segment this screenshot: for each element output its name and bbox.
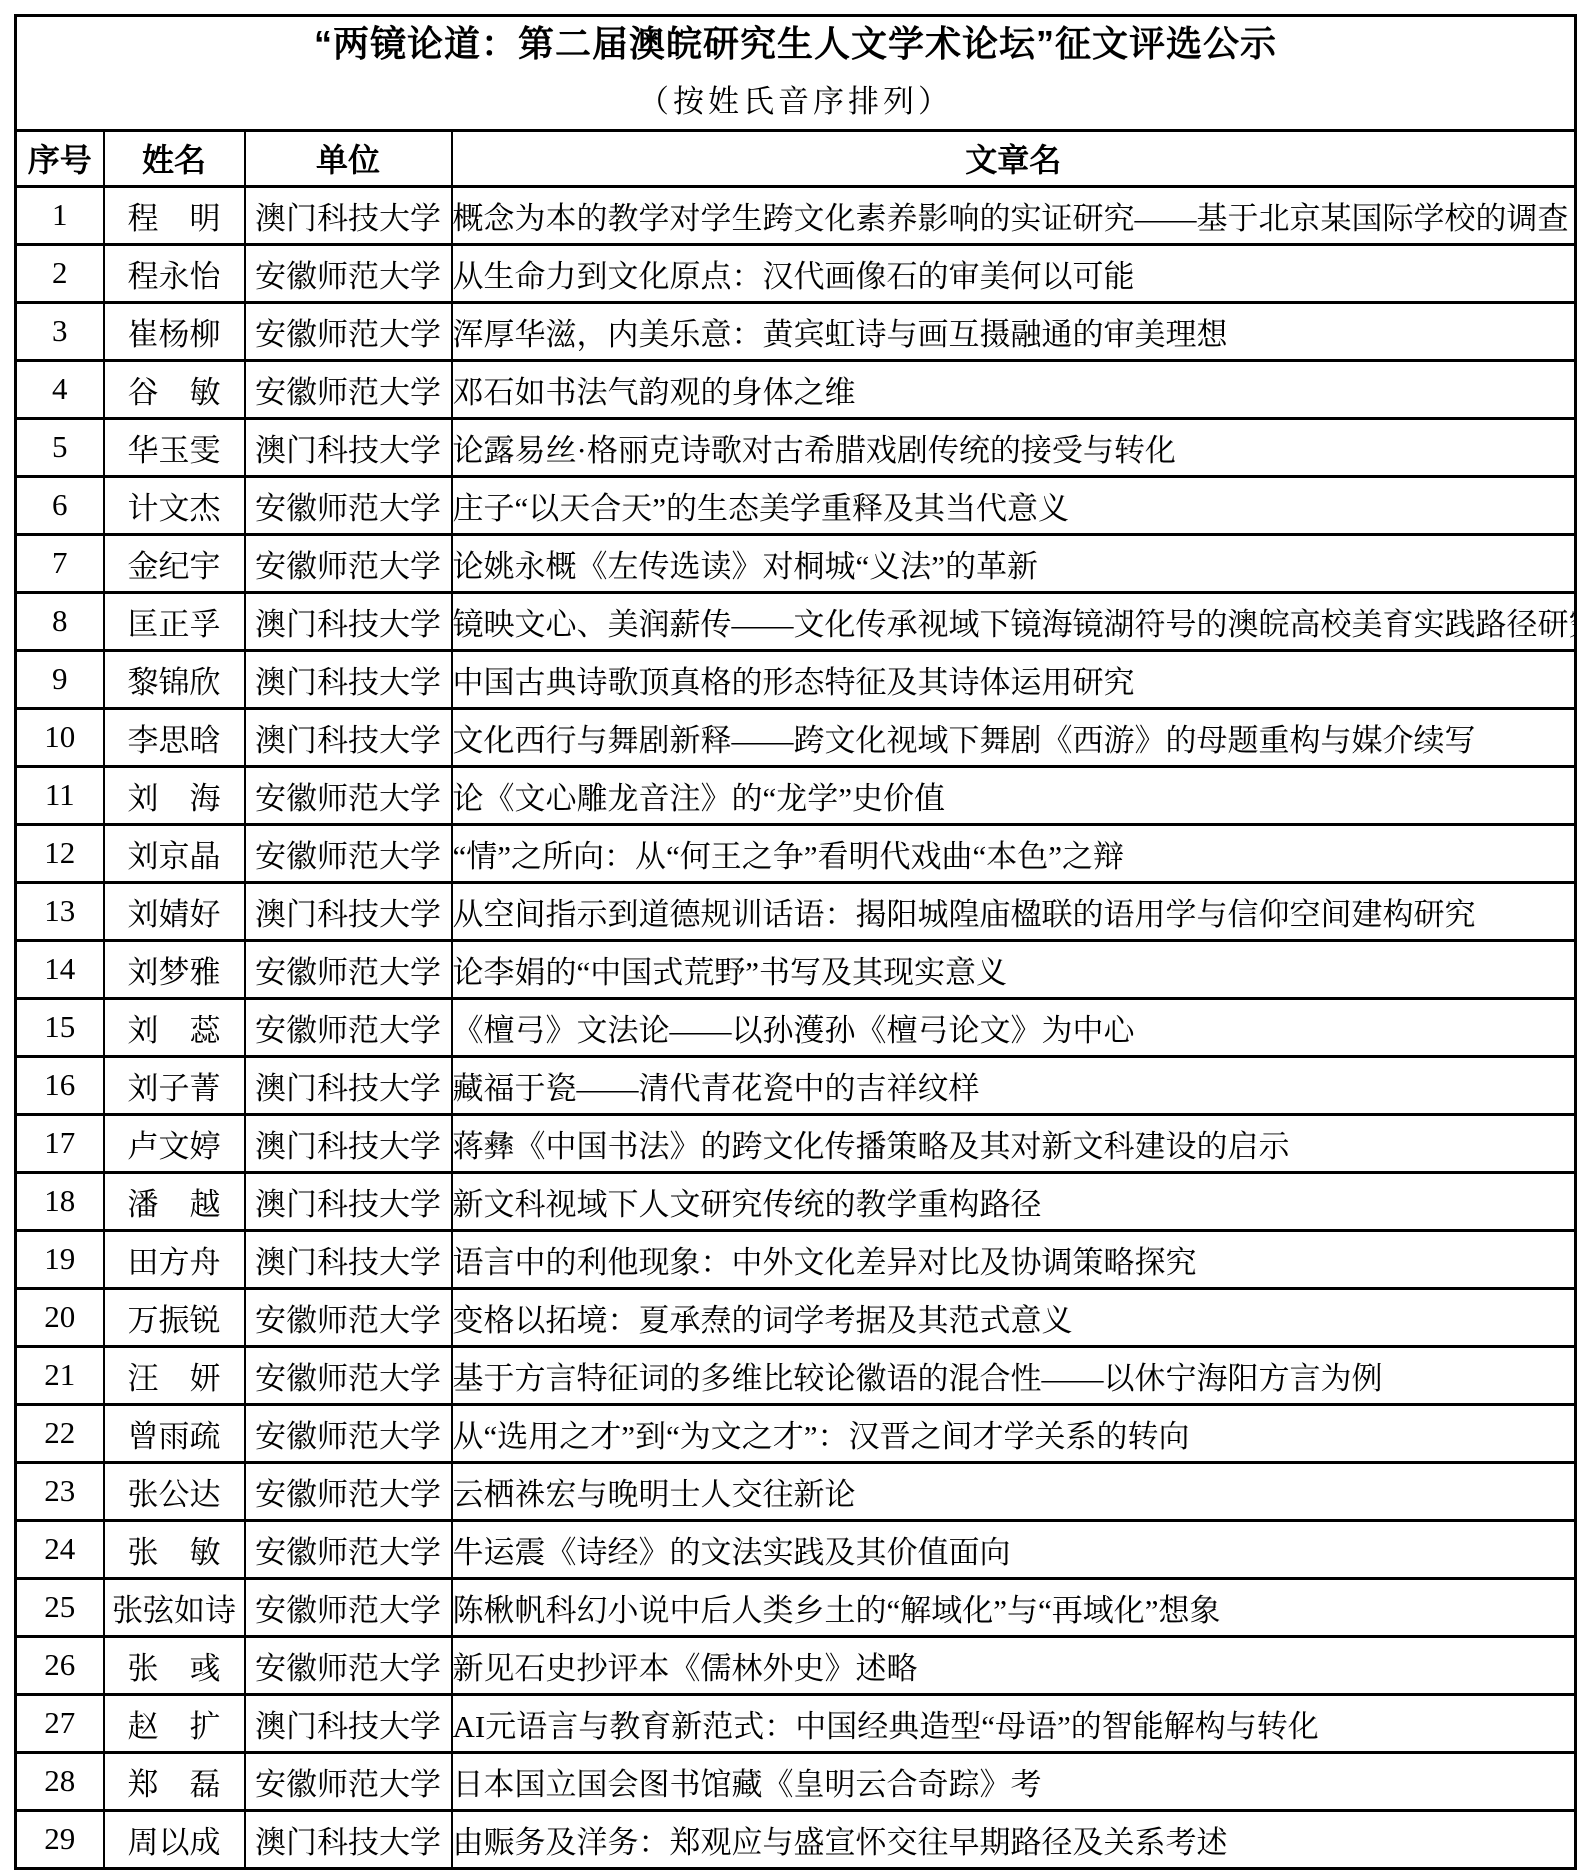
row-no: 6 [16, 476, 104, 534]
row-unit: 澳门科技大学 [245, 186, 452, 244]
row-unit: 澳门科技大学 [245, 418, 452, 476]
row-article: 《檀弓》文法论——以孙濩孙《檀弓论文》为中心 [452, 998, 1576, 1056]
row-unit: 澳门科技大学 [245, 1810, 452, 1868]
column-header-article: 文章名 [452, 130, 1576, 186]
row-article: 新文科视域下人文研究传统的教学重构路径 [452, 1172, 1576, 1230]
row-no: 16 [16, 1056, 104, 1114]
row-unit: 澳门科技大学 [245, 1230, 452, 1288]
table-row: 16 刘子菁 澳门科技大学 藏福于瓷——清代青花瓷中的吉祥纹样 [16, 1056, 1576, 1114]
row-unit: 安徽师范大学 [245, 824, 452, 882]
row-article: 文化西行与舞剧新释——跨文化视域下舞剧《西游》的母题重构与媒介续写 [452, 708, 1576, 766]
row-unit: 安徽师范大学 [245, 1462, 452, 1520]
row-name: 刘婧好 [104, 882, 245, 940]
row-article: 新见石史抄评本《儒林外史》述略 [452, 1636, 1576, 1694]
row-article: AI元语言与教育新范式：中国经典造型“母语”的智能解构与转化 [452, 1694, 1576, 1752]
table-row: 9 黎锦欣 澳门科技大学 中国古典诗歌顶真格的形态特征及其诗体运用研究 [16, 650, 1576, 708]
title-cell: “两镜论道：第二届澳皖研究生人文学术论坛”征文评选公示 （按姓氏音序排列） [16, 16, 1576, 131]
row-no: 21 [16, 1346, 104, 1404]
row-article: 邓石如书法气韵观的身体之维 [452, 360, 1576, 418]
row-name: 汪 妍 [104, 1346, 245, 1404]
table-row: 15 刘 蕊 安徽师范大学 《檀弓》文法论——以孙濩孙《檀弓论文》为中心 [16, 998, 1576, 1056]
table-row: 27 赵 扩 澳门科技大学 AI元语言与教育新范式：中国经典造型“母语”的智能解… [16, 1694, 1576, 1752]
row-article: 基于方言特征词的多维比较论徽语的混合性——以休宁海阳方言为例 [452, 1346, 1576, 1404]
row-article: 浑厚华滋，内美乐意：黄宾虹诗与画互摄融通的审美理想 [452, 302, 1576, 360]
table-row: 23 张公达 安徽师范大学 云栖袾宏与晚明士人交往新论 [16, 1462, 1576, 1520]
row-article: 镜映文心、美润薪传——文化传承视域下镜海镜湖符号的澳皖高校美育实践路径研究 [452, 592, 1576, 650]
table-row: 26 张 彧 安徽师范大学 新见石史抄评本《儒林外史》述略 [16, 1636, 1576, 1694]
table-row: 14 刘梦雅 安徽师范大学 论李娟的“中国式荒野”书写及其现实意义 [16, 940, 1576, 998]
row-article: 日本国立国会图书馆藏《皇明云合奇踪》考 [452, 1752, 1576, 1810]
page-subtitle: （按姓氏音序排列） [17, 76, 1574, 121]
row-no: 5 [16, 418, 104, 476]
row-no: 9 [16, 650, 104, 708]
table-row: 7 金纪宇 安徽师范大学 论姚永概《左传选读》对桐城“义法”的革新 [16, 534, 1576, 592]
row-unit: 澳门科技大学 [245, 1114, 452, 1172]
table-body: 1 程 明 澳门科技大学 概念为本的教学对学生跨文化素养影响的实证研究——基于北… [16, 186, 1576, 1868]
row-unit: 安徽师范大学 [245, 1636, 452, 1694]
table-row: 6 计文杰 安徽师范大学 庄子“以天合天”的生态美学重释及其当代意义 [16, 476, 1576, 534]
table-row: 19 田方舟 澳门科技大学 语言中的利他现象：中外文化差异对比及协调策略探究 [16, 1230, 1576, 1288]
row-name: 郑 磊 [104, 1752, 245, 1810]
row-name: 程 明 [104, 186, 245, 244]
row-name: 田方舟 [104, 1230, 245, 1288]
row-unit: 澳门科技大学 [245, 650, 452, 708]
row-name: 潘 越 [104, 1172, 245, 1230]
table-row: 1 程 明 澳门科技大学 概念为本的教学对学生跨文化素养影响的实证研究——基于北… [16, 186, 1576, 244]
row-no: 24 [16, 1520, 104, 1578]
column-header-unit: 单位 [245, 130, 452, 186]
row-unit: 澳门科技大学 [245, 1172, 452, 1230]
row-name: 赵 扩 [104, 1694, 245, 1752]
row-no: 1 [16, 186, 104, 244]
row-name: 黎锦欣 [104, 650, 245, 708]
table-row: 5 华玉雯 澳门科技大学 论露易丝·格丽克诗歌对古希腊戏剧传统的接受与转化 [16, 418, 1576, 476]
column-header-no: 序号 [16, 130, 104, 186]
row-name: 匡正孚 [104, 592, 245, 650]
row-article: 论《文心雕龙音注》的“龙学”史价值 [452, 766, 1576, 824]
row-article: 庄子“以天合天”的生态美学重释及其当代意义 [452, 476, 1576, 534]
row-name: 计文杰 [104, 476, 245, 534]
row-name: 金纪宇 [104, 534, 245, 592]
row-article: 从“选用之才”到“为文之才”：汉晋之间才学关系的转向 [452, 1404, 1576, 1462]
table-row: 4 谷 敏 安徽师范大学 邓石如书法气韵观的身体之维 [16, 360, 1576, 418]
row-article: 由赈务及洋务：郑观应与盛宣怀交往早期路径及关系考述 [452, 1810, 1576, 1868]
row-unit: 安徽师范大学 [245, 1346, 452, 1404]
row-name: 张弦如诗 [104, 1578, 245, 1636]
row-name: 周以成 [104, 1810, 245, 1868]
row-article: 藏福于瓷——清代青花瓷中的吉祥纹样 [452, 1056, 1576, 1114]
row-name: 刘子菁 [104, 1056, 245, 1114]
table-row: 13 刘婧好 澳门科技大学 从空间指示到道德规训话语：揭阳城隍庙楹联的语用学与信… [16, 882, 1576, 940]
table-row: 28 郑 磊 安徽师范大学 日本国立国会图书馆藏《皇明云合奇踪》考 [16, 1752, 1576, 1810]
row-no: 15 [16, 998, 104, 1056]
row-no: 23 [16, 1462, 104, 1520]
row-article: “情”之所向：从“何王之争”看明代戏曲“本色”之辩 [452, 824, 1576, 882]
row-unit: 安徽师范大学 [245, 1404, 452, 1462]
row-no: 2 [16, 244, 104, 302]
row-unit: 安徽师范大学 [245, 302, 452, 360]
table-row: 12 刘京晶 安徽师范大学 “情”之所向：从“何王之争”看明代戏曲“本色”之辩 [16, 824, 1576, 882]
table-row: 21 汪 妍 安徽师范大学 基于方言特征词的多维比较论徽语的混合性——以休宁海阳… [16, 1346, 1576, 1404]
row-name: 刘京晶 [104, 824, 245, 882]
table-row: 2 程永怡 安徽师范大学 从生命力到文化原点：汉代画像石的审美何以可能 [16, 244, 1576, 302]
row-article: 论姚永概《左传选读》对桐城“义法”的革新 [452, 534, 1576, 592]
row-no: 10 [16, 708, 104, 766]
page-title: “两镜论道：第二届澳皖研究生人文学术论坛”征文评选公示 [17, 21, 1574, 68]
row-unit: 安徽师范大学 [245, 1752, 452, 1810]
row-no: 11 [16, 766, 104, 824]
row-unit: 安徽师范大学 [245, 940, 452, 998]
row-no: 29 [16, 1810, 104, 1868]
row-no: 20 [16, 1288, 104, 1346]
row-name: 张 敏 [104, 1520, 245, 1578]
row-name: 刘 海 [104, 766, 245, 824]
row-name: 万振锐 [104, 1288, 245, 1346]
table-row: 10 李思晗 澳门科技大学 文化西行与舞剧新释——跨文化视域下舞剧《西游》的母题… [16, 708, 1576, 766]
row-unit: 安徽师范大学 [245, 360, 452, 418]
table-row: 29 周以成 澳门科技大学 由赈务及洋务：郑观应与盛宣怀交往早期路径及关系考述 [16, 1810, 1576, 1868]
row-no: 13 [16, 882, 104, 940]
row-unit: 安徽师范大学 [245, 244, 452, 302]
row-name: 曾雨疏 [104, 1404, 245, 1462]
row-unit: 安徽师范大学 [245, 1288, 452, 1346]
column-header-row: 序号 姓名 单位 文章名 [16, 130, 1576, 186]
row-no: 25 [16, 1578, 104, 1636]
row-name: 程永怡 [104, 244, 245, 302]
row-no: 7 [16, 534, 104, 592]
row-name: 刘梦雅 [104, 940, 245, 998]
row-name: 李思晗 [104, 708, 245, 766]
row-article: 中国古典诗歌顶真格的形态特征及其诗体运用研究 [452, 650, 1576, 708]
row-no: 26 [16, 1636, 104, 1694]
row-article: 陈楸帆科幻小说中后人类乡土的“解域化”与“再域化”想象 [452, 1578, 1576, 1636]
row-article: 云栖袾宏与晚明士人交往新论 [452, 1462, 1576, 1520]
row-name: 刘 蕊 [104, 998, 245, 1056]
table-row: 3 崔杨柳 安徽师范大学 浑厚华滋，内美乐意：黄宾虹诗与画互摄融通的审美理想 [16, 302, 1576, 360]
table-row: 17 卢文婷 澳门科技大学 蒋彝《中国书法》的跨文化传播策略及其对新文科建设的启… [16, 1114, 1576, 1172]
row-unit: 安徽师范大学 [245, 534, 452, 592]
row-article: 牛运震《诗经》的文法实践及其价值面向 [452, 1520, 1576, 1578]
table-row: 20 万振锐 安徽师范大学 变格以拓境：夏承焘的词学考据及其范式意义 [16, 1288, 1576, 1346]
row-article: 蒋彝《中国书法》的跨文化传播策略及其对新文科建设的启示 [452, 1114, 1576, 1172]
row-no: 12 [16, 824, 104, 882]
table-row: 22 曾雨疏 安徽师范大学 从“选用之才”到“为文之才”：汉晋之间才学关系的转向 [16, 1404, 1576, 1462]
row-unit: 安徽师范大学 [245, 1520, 452, 1578]
row-no: 8 [16, 592, 104, 650]
row-name: 张公达 [104, 1462, 245, 1520]
row-no: 4 [16, 360, 104, 418]
row-article: 从空间指示到道德规训话语：揭阳城隍庙楹联的语用学与信仰空间建构研究 [452, 882, 1576, 940]
row-unit: 安徽师范大学 [245, 476, 452, 534]
row-unit: 澳门科技大学 [245, 592, 452, 650]
row-no: 27 [16, 1694, 104, 1752]
row-article: 概念为本的教学对学生跨文化素养影响的实证研究——基于北京某国际学校的调查 [452, 186, 1576, 244]
row-unit: 安徽师范大学 [245, 766, 452, 824]
row-unit: 澳门科技大学 [245, 708, 452, 766]
column-header-name: 姓名 [104, 130, 245, 186]
row-unit: 澳门科技大学 [245, 882, 452, 940]
row-name: 谷 敏 [104, 360, 245, 418]
row-no: 28 [16, 1752, 104, 1810]
table-row: 18 潘 越 澳门科技大学 新文科视域下人文研究传统的教学重构路径 [16, 1172, 1576, 1230]
row-name: 卢文婷 [104, 1114, 245, 1172]
table-row: 24 张 敏 安徽师范大学 牛运震《诗经》的文法实践及其价值面向 [16, 1520, 1576, 1578]
table-row: 11 刘 海 安徽师范大学 论《文心雕龙音注》的“龙学”史价值 [16, 766, 1576, 824]
announcement-table: “两镜论道：第二届澳皖研究生人文学术论坛”征文评选公示 （按姓氏音序排列） 序号… [14, 14, 1577, 1870]
row-name: 华玉雯 [104, 418, 245, 476]
row-no: 22 [16, 1404, 104, 1462]
table-row: 25 张弦如诗 安徽师范大学 陈楸帆科幻小说中后人类乡土的“解域化”与“再域化”… [16, 1578, 1576, 1636]
row-no: 3 [16, 302, 104, 360]
row-name: 崔杨柳 [104, 302, 245, 360]
row-no: 14 [16, 940, 104, 998]
row-no: 17 [16, 1114, 104, 1172]
row-unit: 安徽师范大学 [245, 998, 452, 1056]
row-no: 19 [16, 1230, 104, 1288]
row-no: 18 [16, 1172, 104, 1230]
row-unit: 澳门科技大学 [245, 1056, 452, 1114]
row-unit: 澳门科技大学 [245, 1694, 452, 1752]
row-article: 论李娟的“中国式荒野”书写及其现实意义 [452, 940, 1576, 998]
row-name: 张 彧 [104, 1636, 245, 1694]
row-article: 语言中的利他现象：中外文化差异对比及协调策略探究 [452, 1230, 1576, 1288]
row-article: 论露易丝·格丽克诗歌对古希腊戏剧传统的接受与转化 [452, 418, 1576, 476]
row-article: 从生命力到文化原点：汉代画像石的审美何以可能 [452, 244, 1576, 302]
table-row: 8 匡正孚 澳门科技大学 镜映文心、美润薪传——文化传承视域下镜海镜湖符号的澳皖… [16, 592, 1576, 650]
title-row: “两镜论道：第二届澳皖研究生人文学术论坛”征文评选公示 （按姓氏音序排列） [16, 16, 1576, 131]
announcement-sheet: “两镜论道：第二届澳皖研究生人文学术论坛”征文评选公示 （按姓氏音序排列） 序号… [0, 0, 1588, 1870]
row-unit: 安徽师范大学 [245, 1578, 452, 1636]
row-article: 变格以拓境：夏承焘的词学考据及其范式意义 [452, 1288, 1576, 1346]
